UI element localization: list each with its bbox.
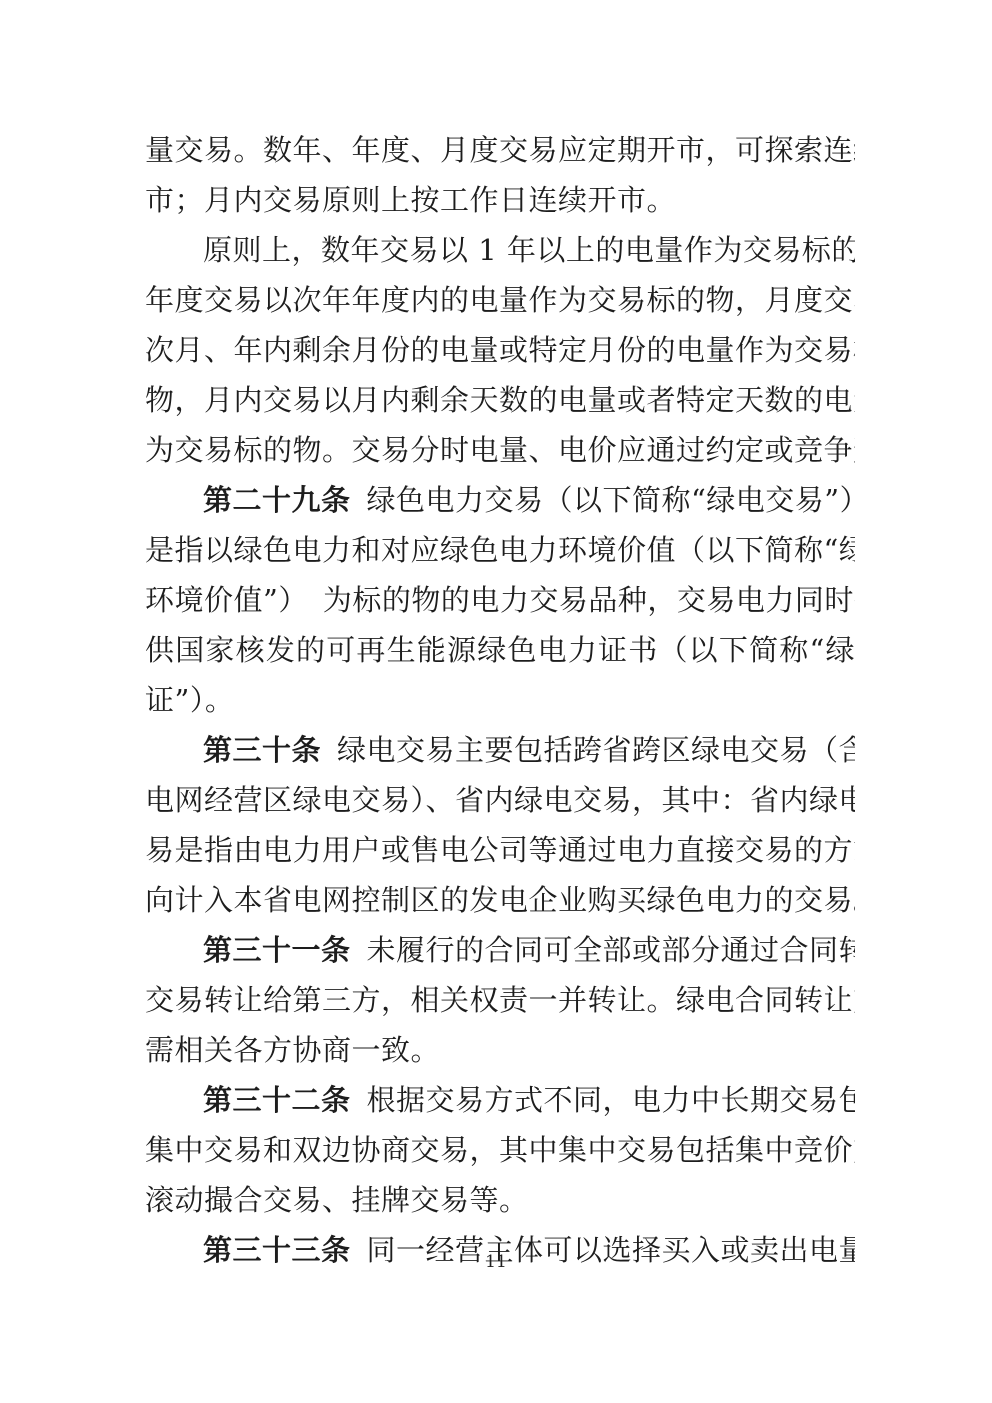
line-text: 证”）。 [145,683,234,717]
text-line: 年度交易以次年年度内的电量作为交易标的物，月度交易以 [145,275,855,325]
text-line: 为交易标的物。交易分时电量、电价应通过约定或竞争形成。 [145,425,855,475]
paragraph: 第三十二条根据交易方式不同，电力中长期交易包括集中交易和双边协商交易，其中集中交… [145,1075,855,1225]
text-line: 环境价值”） 为标的物的电力交易品种，交易电力同时提 [145,575,855,625]
line-text: 需相关各方协商一致。 [145,1033,440,1067]
line-text: 环境价值”） 为标的物的电力交易品种，交易电力同时提 [145,583,855,617]
document-body: 量交易。数年、年度、月度交易应定期开市，可探索连续开市；月内交易原则上按工作日连… [145,125,855,1275]
paragraph: 量交易。数年、年度、月度交易应定期开市，可探索连续开市；月内交易原则上按工作日连… [145,125,855,225]
line-text: 为交易标的物。交易分时电量、电价应通过约定或竞争形成。 [145,433,855,467]
line-text: 滚动撮合交易、挂牌交易等。 [145,1183,529,1217]
paragraph: 原则上，数年交易以 1 年以上的电量作为交易标的物，年度交易以次年年度内的电量作… [145,225,855,475]
line-text: 易是指由电力用户或售电公司等通过电力直接交易的方式 [145,833,855,867]
text-line: 向计入本省电网控制区的发电企业购买绿色电力的交易。 [145,875,855,925]
text-line: 原则上，数年交易以 1 年以上的电量作为交易标的物， [145,225,855,275]
text-line: 集中交易和双边协商交易，其中集中交易包括集中竞价交易、 [145,1125,855,1175]
text-line: 供国家核发的可再生能源绿色电力证书（以下简称“绿 [145,625,855,675]
document-page: 量交易。数年、年度、月度交易应定期开市，可探索连续开市；月内交易原则上按工作日连… [0,0,992,1403]
line-text: 向计入本省电网控制区的发电企业购买绿色电力的交易。 [145,883,855,917]
text-line: 第二十九条绿色电力交易（以下简称“绿电交易”） [145,475,855,525]
text-line: 次月、年内剩余月份的电量或特定月份的电量作为交易标的 [145,325,855,375]
line-text: 原则上，数年交易以 1 年以上的电量作为交易标的物， [203,233,855,267]
line-text: 未履行的合同可全部或部分通过合同转让 [366,933,855,967]
text-line: 第三十二条根据交易方式不同，电力中长期交易包括 [145,1075,855,1125]
text-line: 证”）。 [145,675,855,725]
line-text: 物，月内交易以月内剩余天数的电量或者特定天数的电量作 [145,383,855,417]
line-text: 年度交易以次年年度内的电量作为交易标的物，月度交易以 [145,283,855,317]
line-text: 电网经营区绿电交易）、省内绿电交易，其中：省内绿电交 [145,783,855,817]
page-number: 11 [0,1252,992,1272]
line-text: 量交易。数年、年度、月度交易应定期开市，可探索连续开 [145,133,855,167]
line-text: 根据交易方式不同，电力中长期交易包括 [366,1083,855,1117]
line-text: 是指以绿色电力和对应绿色电力环境价值（以下简称“绿电 [145,533,855,567]
article-number: 第二十九条 [203,483,351,517]
line-text: 交易转让给第三方，相关权责一并转让。绿电合同转让交易 [145,983,855,1017]
text-line: 第三十条绿电交易主要包括跨省跨区绿电交易（含跨 [145,725,855,775]
text-line: 第三十一条未履行的合同可全部或部分通过合同转让 [145,925,855,975]
text-line: 量交易。数年、年度、月度交易应定期开市，可探索连续开 [145,125,855,175]
text-line: 市；月内交易原则上按工作日连续开市。 [145,175,855,225]
text-line: 易是指由电力用户或售电公司等通过电力直接交易的方式 [145,825,855,875]
text-line: 需相关各方协商一致。 [145,1025,855,1075]
article-number: 第三十一条 [203,933,351,967]
line-text: 供国家核发的可再生能源绿色电力证书（以下简称“绿 [145,633,855,667]
line-text: 绿色电力交易（以下简称“绿电交易”） [366,483,855,517]
text-line: 电网经营区绿电交易）、省内绿电交易，其中：省内绿电交 [145,775,855,825]
text-line: 物，月内交易以月内剩余天数的电量或者特定天数的电量作 [145,375,855,425]
line-text: 次月、年内剩余月份的电量或特定月份的电量作为交易标的 [145,333,855,367]
text-line: 滚动撮合交易、挂牌交易等。 [145,1175,855,1225]
line-text: 绿电交易主要包括跨省跨区绿电交易（含跨 [337,733,855,767]
text-line: 交易转让给第三方，相关权责一并转让。绿电合同转让交易 [145,975,855,1025]
paragraph: 第二十九条绿色电力交易（以下简称“绿电交易”）是指以绿色电力和对应绿色电力环境价… [145,475,855,725]
paragraph: 第三十条绿电交易主要包括跨省跨区绿电交易（含跨电网经营区绿电交易）、省内绿电交易… [145,725,855,925]
article-number: 第三十条 [203,733,321,767]
text-line: 是指以绿色电力和对应绿色电力环境价值（以下简称“绿电 [145,525,855,575]
article-number: 第三十二条 [203,1083,351,1117]
line-text: 集中交易和双边协商交易，其中集中交易包括集中竞价交易、 [145,1133,855,1167]
paragraph: 第三十一条未履行的合同可全部或部分通过合同转让交易转让给第三方，相关权责一并转让… [145,925,855,1075]
line-text: 市；月内交易原则上按工作日连续开市。 [145,183,676,217]
